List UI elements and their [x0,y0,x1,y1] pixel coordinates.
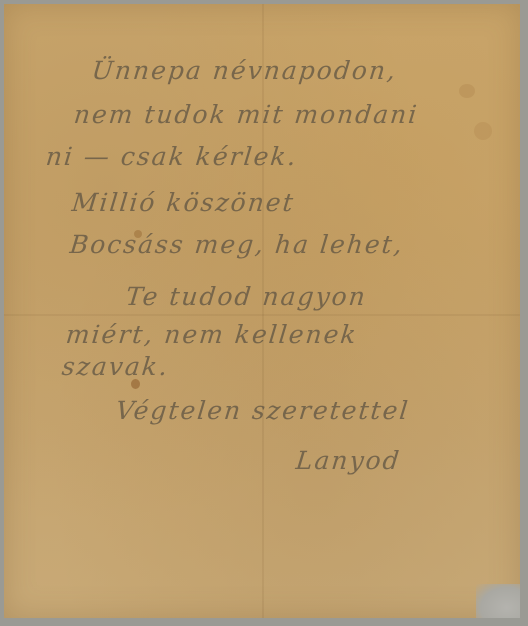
letter-signature: Lanyod [294,446,402,475]
letter-line-1: Ünnepa névnapodon, [90,56,398,85]
horizontal-fold-crease [4,314,520,316]
letter-line-6: Te tudod nagyon [124,282,368,311]
vertical-fold-crease [262,4,264,618]
letter-line-2: nem tudok mit mondani [72,100,419,129]
letter-closing: Végtelen szeretettel [114,396,411,425]
letter-line-8: szavak. [60,352,170,381]
letter-line-7: miért, nem kellenek [64,320,359,349]
worn-corner [476,584,520,618]
stain-spot [474,122,492,140]
letter-line-3: ni — csak kérlek. [44,142,299,171]
letter-line-5: Bocsáss meg, ha lehet, [68,230,405,259]
letter-paper: Ünnepa névnapodon, nem tudok mit mondani… [4,4,520,618]
stain-spot [459,84,475,98]
letter-line-4: Millió köszönet [70,188,296,217]
